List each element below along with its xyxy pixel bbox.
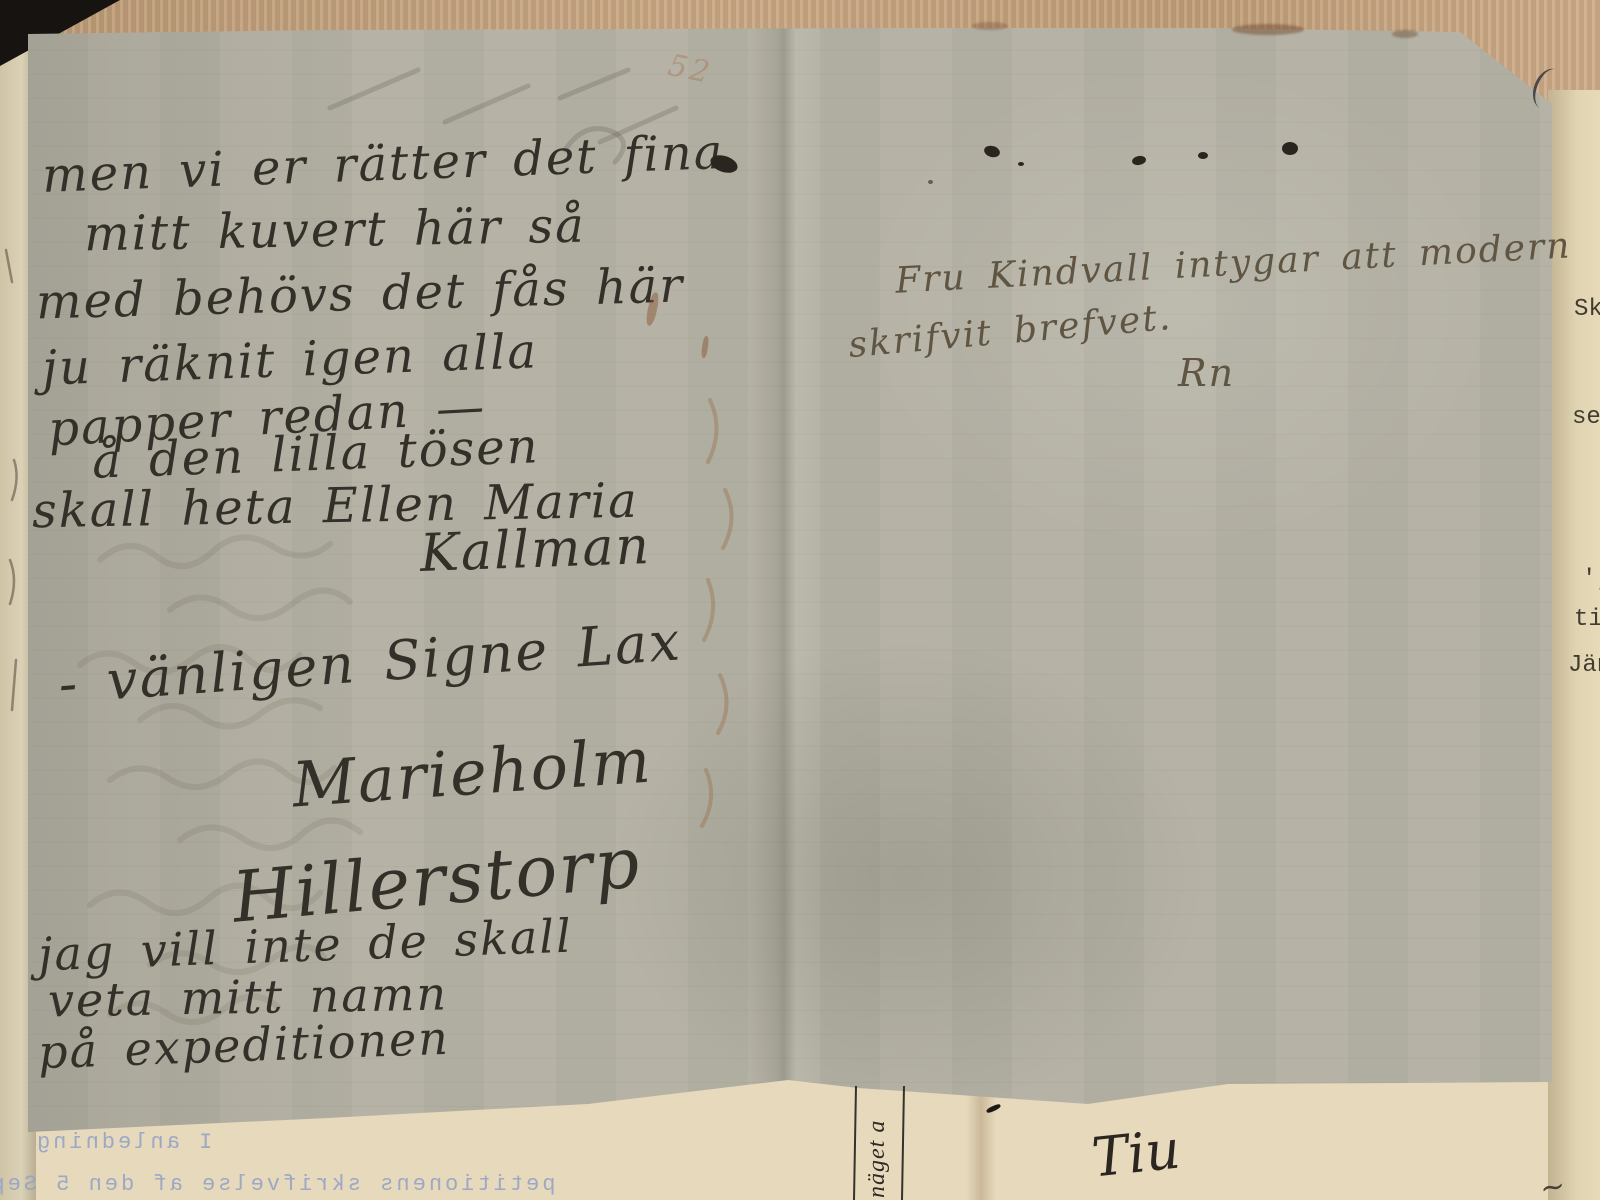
- handwritten-fragment: Tiu: [1089, 1118, 1183, 1190]
- typed-fragment: Jän: [1568, 652, 1600, 679]
- ink-blot: [1282, 142, 1298, 155]
- mirrored-typed-line: I anledning: [34, 1130, 212, 1155]
- handwriting-signature: Kallman: [419, 520, 652, 580]
- handwriting-line: på expeditionen: [37, 1015, 450, 1075]
- typed-fragment: ',: [1582, 566, 1600, 593]
- ink-blot: [928, 180, 933, 184]
- edge-smudge: [1392, 30, 1418, 38]
- letter-scan-photo: men vi er rätter det fina mitt kuvert hä…: [0, 0, 1600, 1200]
- ink-blot: [1018, 162, 1024, 166]
- ink-blot: [1198, 152, 1208, 159]
- edge-smudge: [972, 22, 1008, 30]
- annotation-initials: Rn: [1178, 354, 1235, 392]
- handwriting-line: mitt kuvert här så: [84, 202, 586, 259]
- edge-smudge: [1232, 24, 1304, 35]
- typed-fragment: til: [1574, 606, 1600, 633]
- typed-fragment: Sk: [1574, 296, 1600, 323]
- typed-fragment: set: [1572, 404, 1600, 431]
- rotated-typed-fragment: näget a: [864, 1120, 891, 1198]
- mirrored-typed-line: petitionens skrifvelse af den 5 Septe: [0, 1172, 555, 1197]
